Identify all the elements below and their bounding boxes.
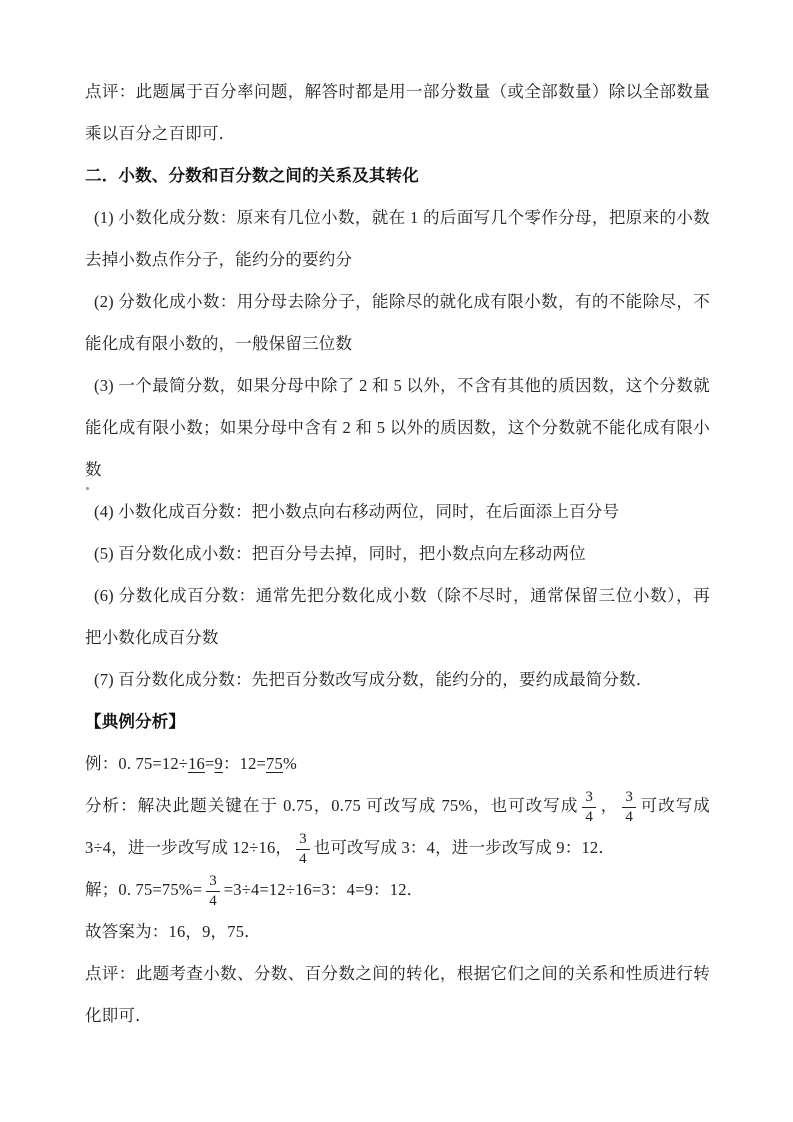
underlined-value: 75 xyxy=(266,754,283,773)
worksheet-page: 点评：此题属于百分率问题，解答时都是用一部分数量（或全部数量）除以全部数量乘以百… xyxy=(0,0,793,1037)
solution-text: =3÷4=12÷16=3：4=9：12． xyxy=(224,880,424,899)
rule-item-7: (7) 百分数化成分数：先把百分数改写成分数，能约分的，要约成最简分数． xyxy=(85,659,710,701)
analysis-paragraph: 分析：解决此题关键在于 0.75，0.75 可改写成 75%，也可改写成34，3… xyxy=(85,785,710,869)
scan-artifact-dot xyxy=(86,487,89,490)
denominator: 4 xyxy=(582,808,596,826)
rule-item-2: (2) 分数化成小数：用分母去除分子，能除尽的就化成有限小数，有的不能除尽，不能… xyxy=(85,281,710,365)
rule-item-5: (5) 百分数化成小数：把百分号去掉，同时，把小数点向左移动两位 xyxy=(85,533,710,575)
example-analysis-heading: 【典例分析】 xyxy=(85,701,710,743)
numerator: 3 xyxy=(206,873,220,892)
underlined-value: 16 xyxy=(188,754,205,773)
rule-item-4: (4) 小数化成百分数：把小数点向右移动两位，同时，在后面添上百分号 xyxy=(85,491,710,533)
underlined-value: 9 xyxy=(214,754,222,773)
rule-item-3: (3) 一个最简分数，如果分母中除了 2 和 5 以外，不含有其他的质因数，这个… xyxy=(85,365,710,491)
fraction: 34 xyxy=(206,873,220,910)
solution-text: 解；0. 75=75%= xyxy=(85,880,202,899)
example-text: 例：0. 75=12÷ xyxy=(85,754,188,773)
rule-item-6: (6) 分数化成百分数：通常先把分数化成小数（除不尽时，通常保留三位小数），再把… xyxy=(85,575,710,659)
example-text: % xyxy=(283,754,297,773)
denominator: 4 xyxy=(622,808,636,826)
section-heading: 二．小数、分数和百分数之间的关系及其转化 xyxy=(85,155,710,197)
denominator: 4 xyxy=(296,850,310,868)
example-text: ：12= xyxy=(223,754,266,773)
numerator: 3 xyxy=(622,789,636,808)
answer-line: 故答案为：16，9，75． xyxy=(85,911,710,953)
rule-item-1: (1) 小数化成分数：原来有几位小数，就在 1 的后面写几个零作分母，把原来的小… xyxy=(85,197,710,281)
example-line: 例：0. 75=12÷16=9：12=75% xyxy=(85,743,710,785)
solution-line: 解；0. 75=75%=34=3÷4=12÷16=3：4=9：12． xyxy=(85,869,710,911)
analysis-text: 也可改写成 3：4，进一步改写成 9：12． xyxy=(314,838,615,857)
denominator: 4 xyxy=(206,892,220,910)
closing-review-paragraph: 点评：此题考查小数、分数、百分数之间的转化，根据它们之间的关系和性质进行转化即可… xyxy=(85,953,710,1037)
numerator: 3 xyxy=(296,831,310,850)
analysis-text: ， xyxy=(600,796,618,815)
fraction: 34 xyxy=(296,831,310,868)
fraction: 34 xyxy=(622,789,636,826)
review-paragraph: 点评：此题属于百分率问题，解答时都是用一部分数量（或全部数量）除以全部数量乘以百… xyxy=(85,71,710,155)
fraction: 34 xyxy=(582,789,596,826)
analysis-text: 分析：解决此题关键在于 0.75，0.75 可改写成 75%，也可改写成 xyxy=(85,796,578,815)
numerator: 3 xyxy=(582,789,596,808)
